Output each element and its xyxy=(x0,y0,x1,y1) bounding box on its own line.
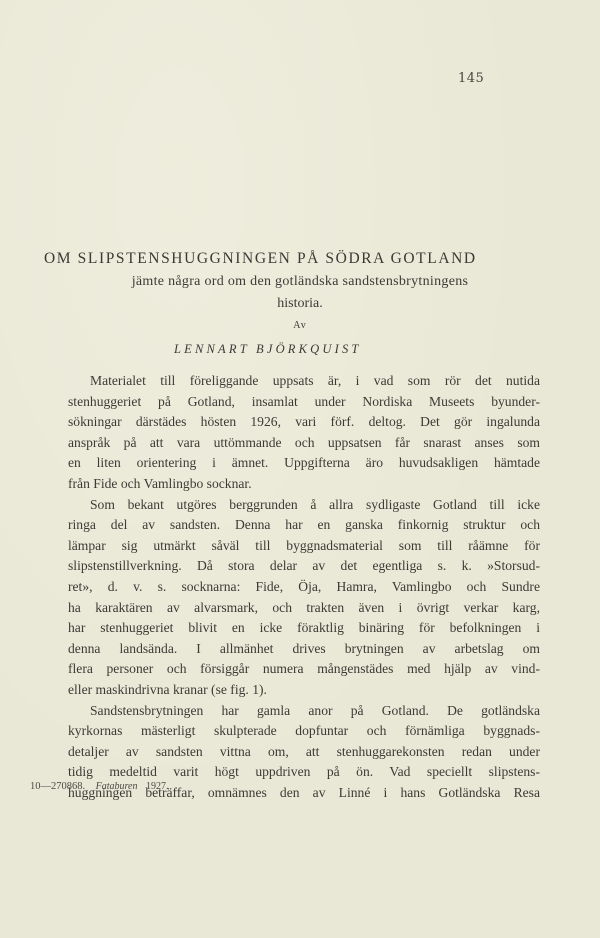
text-line: Sandstensbrytningen har gamla anor på Go… xyxy=(68,701,540,722)
text-line: från Fide och Vamlingbo socknar. xyxy=(68,474,540,495)
article-subtitle-continued: historia. xyxy=(0,296,600,312)
text-line: lämpar sig utmärkt såväl till byggnadsma… xyxy=(68,536,540,557)
journal-name: Fataburen xyxy=(96,781,138,792)
text-line: sökningar därstädes hösten 1926, vari fö… xyxy=(68,412,540,433)
document-page: 145 OM SLIPSTENSHUGGNINGEN PÅ SÖDRA GOTL… xyxy=(0,0,600,938)
text-line: stenhuggeriet på Gotland, insamlat under… xyxy=(68,392,540,413)
article-title: OM SLIPSTENSHUGGNINGEN PÅ SÖDRA GOTLAND xyxy=(44,250,484,268)
page-footer: 10—270868. Fataburen 1927. xyxy=(30,781,168,792)
text-line: kyrkornas mästerligt skulpterade dopfunt… xyxy=(68,721,540,742)
author-name: LENNART BJÖRKQUIST xyxy=(174,342,362,357)
text-line: ret», d. v. s. socknarna: Fide, Öja, Ham… xyxy=(68,577,540,598)
text-line: en liten orientering i ämnet. Uppgiftern… xyxy=(68,453,540,474)
text-line: denna landsända. I allmänhet drives bryt… xyxy=(68,639,540,660)
byline-label: Av xyxy=(0,320,600,331)
text-line: flera personer och försiggår numera mång… xyxy=(68,659,540,680)
printer-signature: 10—270868. xyxy=(30,781,85,792)
text-line: anspråk på att vara uttömmande och uppsa… xyxy=(68,433,540,454)
text-line: har stenhuggeriet blivit en icke föraktl… xyxy=(68,618,540,639)
page-number: 145 xyxy=(458,71,484,86)
text-line: ringa del av sandsten. Denna har en gans… xyxy=(68,515,540,536)
text-line: tidig medeltid varit högt uppdriven på ö… xyxy=(68,762,540,783)
text-line: slipstenstillverkning. Då stora delar av… xyxy=(68,556,540,577)
journal-year: 1927. xyxy=(146,781,169,792)
text-line: Materialet till föreliggande uppsats är,… xyxy=(68,371,540,392)
body-text: Materialet till föreliggande uppsats är,… xyxy=(68,371,540,803)
text-line: eller maskindrivna kranar (se fig. 1). xyxy=(68,680,540,701)
text-line: ha karaktären av alvarsmark, och trakten… xyxy=(68,598,540,619)
text-line: Som bekant utgöres berggrunden å allra s… xyxy=(68,495,540,516)
article-subtitle: jämte några ord om den gotländska sandst… xyxy=(0,274,600,290)
text-line: detaljer av sandsten vittna om, att sten… xyxy=(68,742,540,763)
